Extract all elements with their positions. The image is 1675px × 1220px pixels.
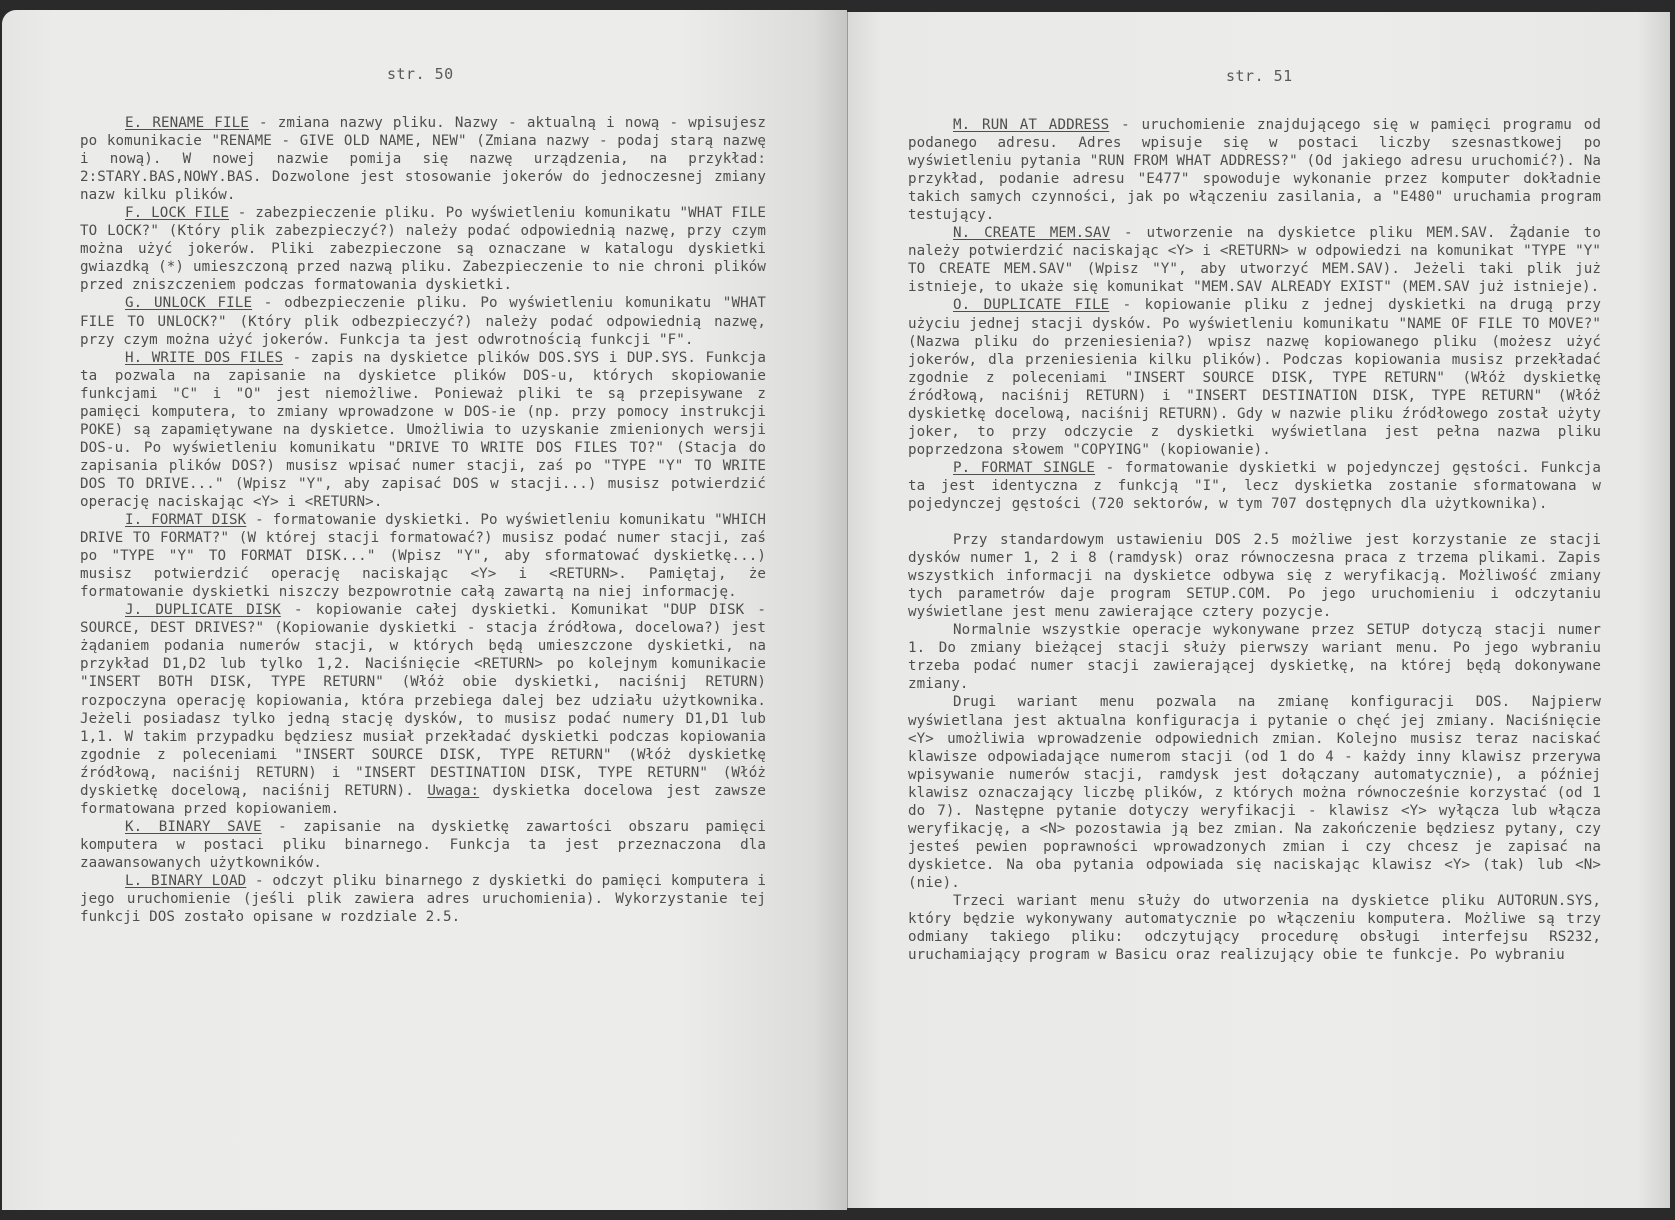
section-m: M. RUN AT ADDRESS - uruchomienie znajduj… [908, 116, 1601, 224]
setup-variant-2-paragraph: Drugi wariant menu pozwala na zmianę kon… [908, 693, 1601, 892]
page-number: str. 50 [387, 65, 454, 83]
section-heading: E. RENAME FILE [125, 115, 249, 131]
section-o: O. DUPLICATE FILE - kopiowanie pliku z j… [908, 296, 1601, 458]
section-heading: J. DUPLICATE DISK [125, 602, 281, 618]
section-k: K. BINARY SAVE - zapisanie na dyskietkę … [80, 818, 766, 872]
section-heading: L. BINARY LOAD [125, 873, 246, 889]
section-heading: O. DUPLICATE FILE [953, 297, 1109, 313]
section-body: - kopiowanie pliku z jednej dyskietki na… [908, 297, 1601, 457]
section-p: P. FORMAT SINGLE - formatowanie dyskietk… [908, 459, 1601, 513]
right-page: str. 51 M. RUN AT ADDRESS - uruchomienie… [847, 12, 1670, 1208]
left-page: str. 50 E. RENAME FILE - zmiana nazwy pl… [2, 10, 847, 1210]
section-heading: H. WRITE DOS FILES [125, 350, 283, 366]
section-heading: I. FORMAT DISK [125, 512, 246, 528]
section-n: N. CREATE MEM.SAV - utworzenie na dyskie… [908, 224, 1601, 296]
note-label: Uwaga: [427, 783, 479, 799]
page-number: str. 51 [1226, 67, 1293, 85]
right-page-text: M. RUN AT ADDRESS - uruchomienie znajduj… [908, 116, 1601, 964]
book-spread: str. 50 E. RENAME FILE - zmiana nazwy pl… [0, 0, 1675, 1220]
section-j: J. DUPLICATE DISK - kopiowanie całej dys… [80, 601, 766, 818]
section-heading: N. CREATE MEM.SAV [953, 225, 1110, 241]
section-f: F. LOCK FILE - zabezpieczenie pliku. Po … [80, 204, 766, 294]
left-page-text: E. RENAME FILE - zmiana nazwy pliku. Naz… [80, 114, 766, 926]
setup-variant-1-paragraph: Normalnie wszystkie operacje wykonywane … [908, 621, 1601, 693]
setup-intro-paragraph: Przy standardowym ustawieniu DOS 2.5 moż… [908, 531, 1601, 621]
section-h: H. WRITE DOS FILES - zapis na dyskietce … [80, 349, 766, 511]
section-heading: K. BINARY SAVE [125, 819, 262, 835]
section-l: L. BINARY LOAD - odczyt pliku binarnego … [80, 872, 766, 926]
section-heading: M. RUN AT ADDRESS [953, 117, 1109, 133]
section-heading: F. LOCK FILE [125, 205, 229, 221]
section-body: - kopiowanie całej dyskietki. Komunikat … [80, 602, 766, 798]
section-heading: P. FORMAT SINGLE [953, 460, 1095, 476]
setup-variant-3-paragraph: Trzeci wariant menu służy do utworzenia … [908, 892, 1601, 964]
section-i: I. FORMAT DISK - formatowanie dyskietki.… [80, 511, 766, 601]
section-heading: G. UNLOCK FILE [125, 295, 252, 311]
section-g: G. UNLOCK FILE - odbezpieczenie pliku. P… [80, 294, 766, 348]
section-body: - zapis na dyskietce plików DOS.SYS i DU… [80, 350, 766, 510]
section-e: E. RENAME FILE - zmiana nazwy pliku. Naz… [80, 114, 766, 204]
